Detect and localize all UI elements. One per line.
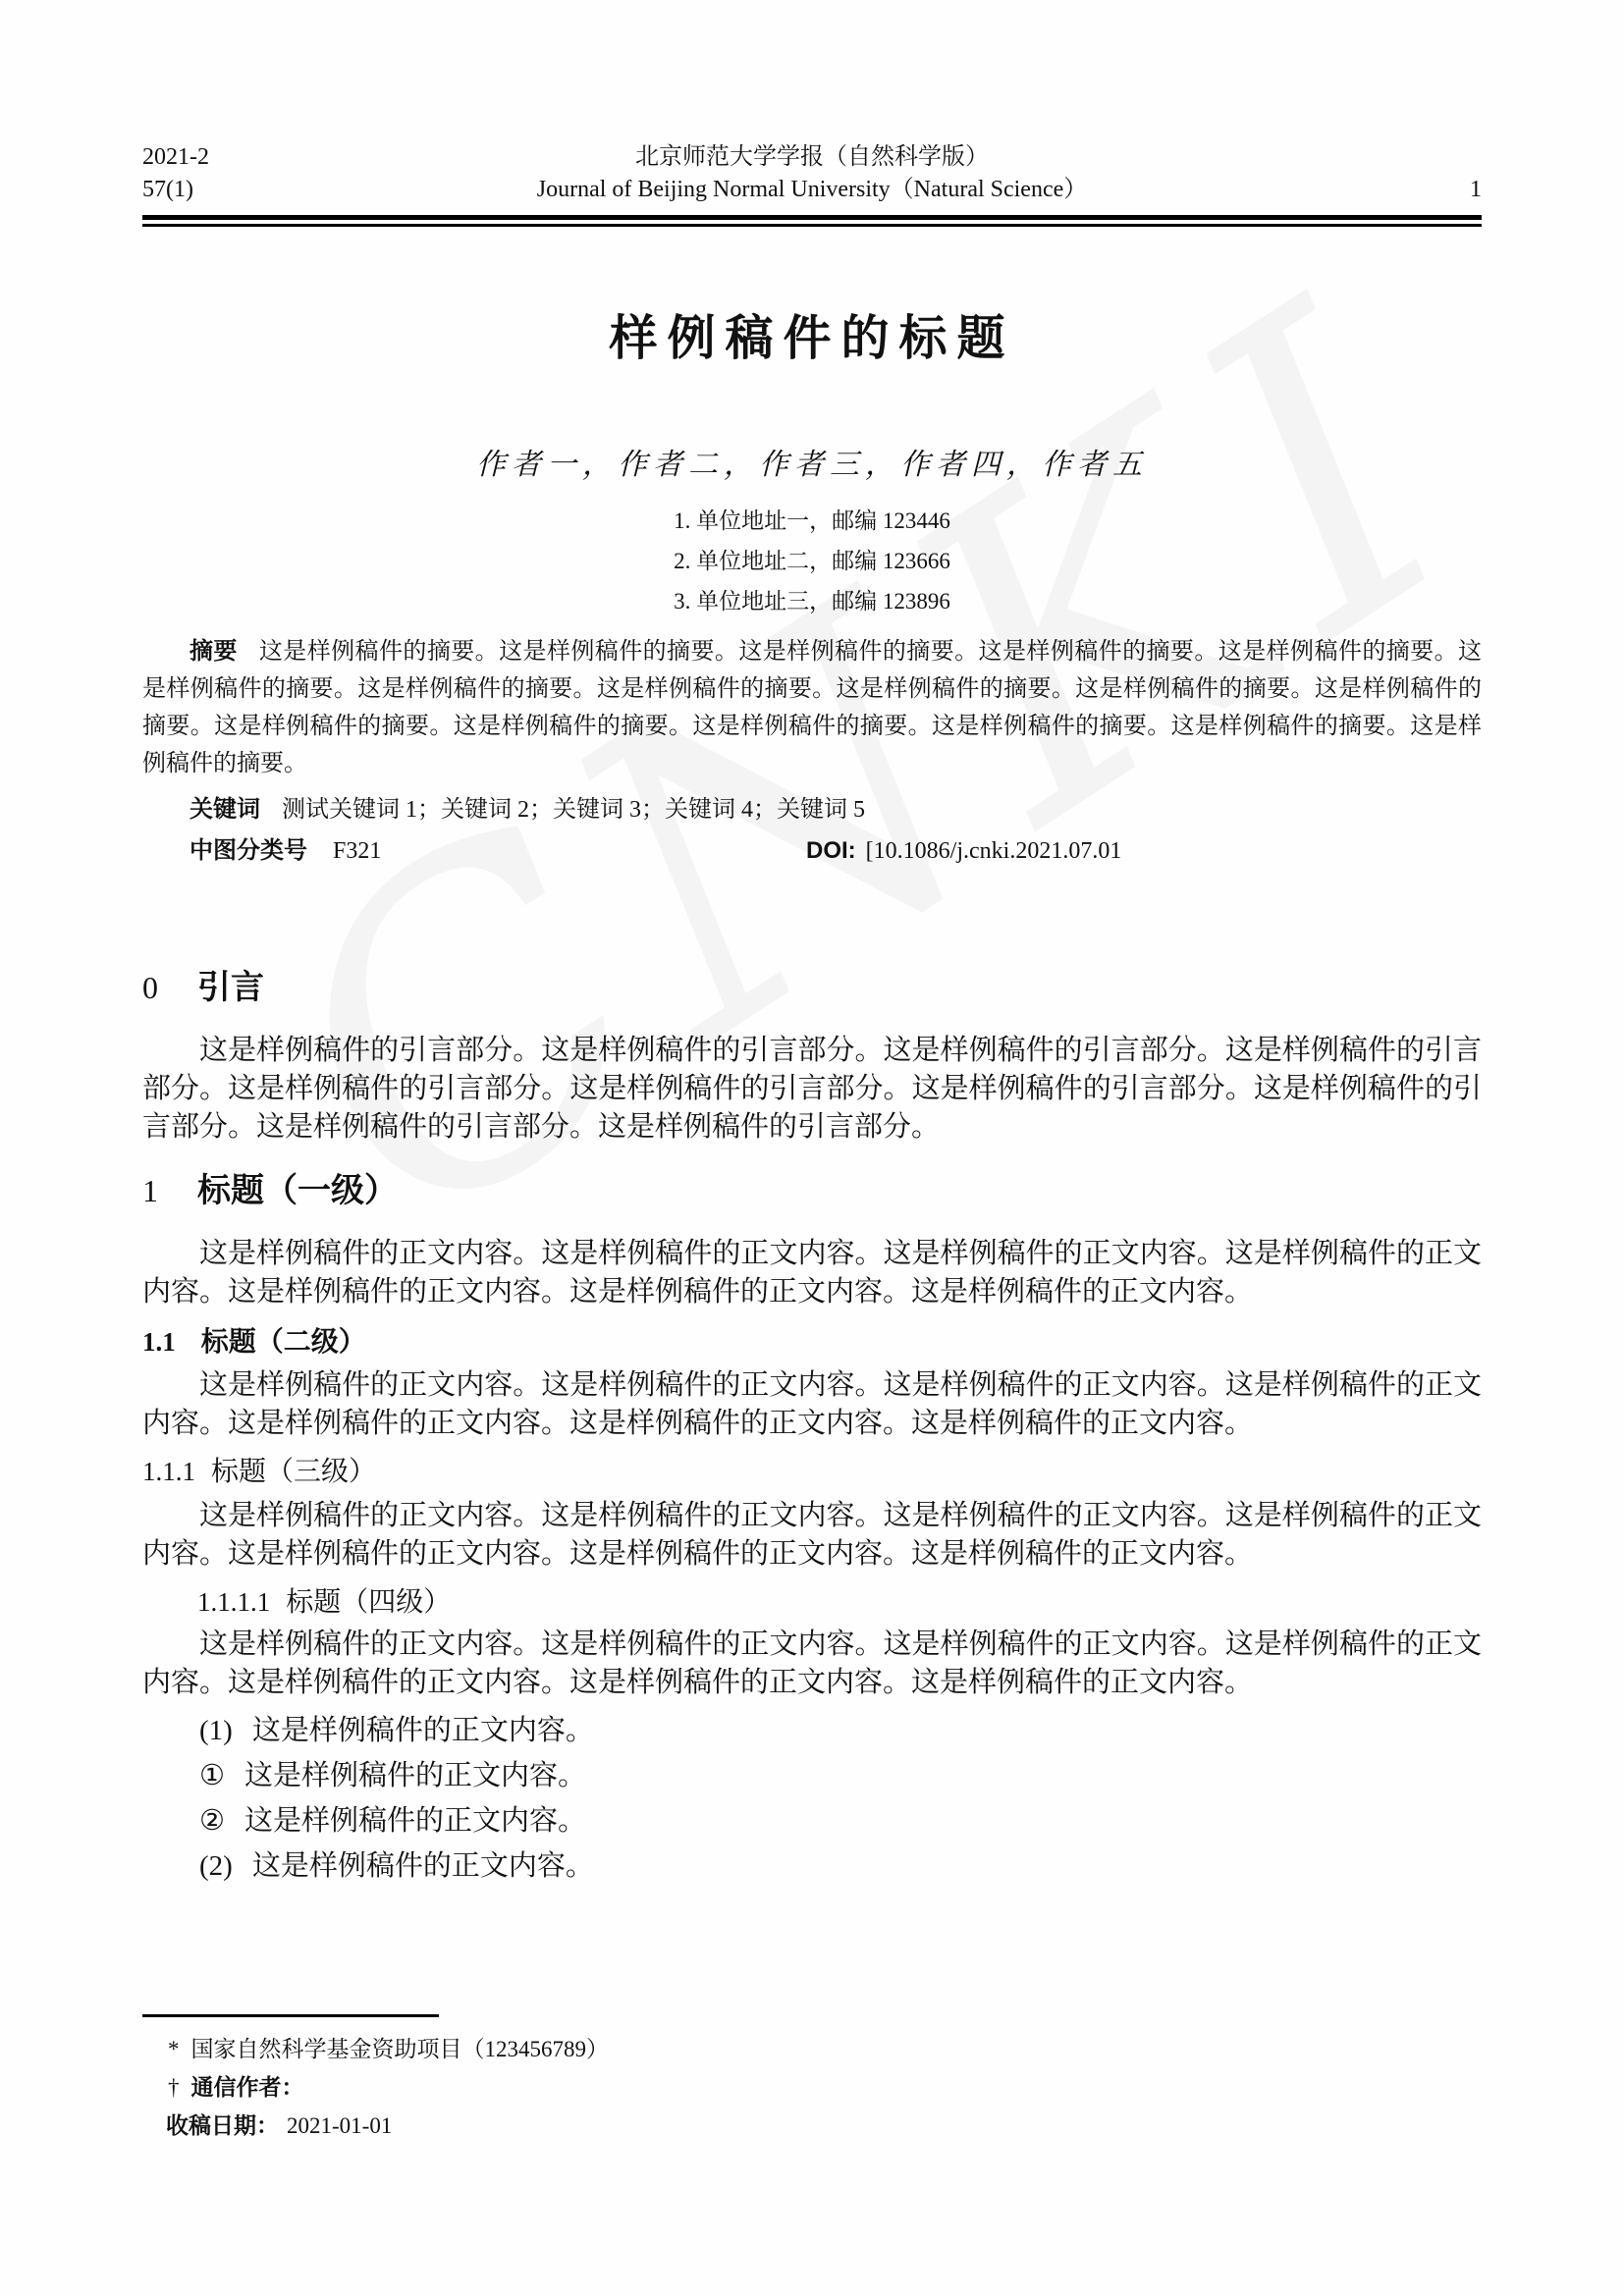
doi-entry: DOI:[10.1086/j.cnki.2021.07.01: [806, 836, 1121, 866]
section-number: 1: [142, 1173, 158, 1208]
section-heading-1-1-1-1: 1.1.1.1标题（四级）: [142, 1585, 1482, 1620]
journal-page: CNKI 2021-2 北京师范大学学报（自然科学版） 57(1) Journa…: [0, 0, 1624, 2296]
volume-issue: 57(1): [142, 174, 299, 206]
affiliations-block: 1. 单位地址一，邮编 123446 2. 单位地址二，邮编 123666 3.…: [142, 501, 1482, 621]
running-head-row-1: 2021-2 北京师范大学学报（自然科学版）: [142, 141, 1482, 174]
page-number: 1: [1325, 174, 1482, 206]
affiliation-2: 2. 单位地址二，邮编 123666: [142, 541, 1482, 581]
affiliation-3: 3. 单位地址三，邮编 123896: [142, 581, 1482, 621]
keywords-label: 关键词: [189, 796, 260, 823]
running-head-row-2: 57(1) Journal of Beijing Normal Universi…: [142, 174, 1482, 206]
section-paragraph: 这是样例稿件的引言部分。这是样例稿件的引言部分。这是样例稿件的引言部分。这是样例…: [142, 1032, 1482, 1147]
header-double-rule: [142, 215, 1482, 227]
section-number: 1.1.1: [142, 1457, 195, 1486]
list-item-1: (1)这是样例稿件的正文内容。: [142, 1708, 1482, 1753]
section-title: 标题（三级）: [211, 1457, 376, 1487]
section-number: 0: [142, 970, 158, 1005]
clc-label: 中图分类号: [189, 837, 307, 864]
classification-doi-row: 中图分类号F321 DOI:[10.1086/j.cnki.2021.07.01: [142, 836, 1482, 868]
keywords-line: 关键词测试关键词 1；关键词 2；关键词 3；关键词 4；关键词 5: [142, 795, 1482, 825]
section-paragraph: 这是样例稿件的正文内容。这是样例稿件的正文内容。这是样例稿件的正文内容。这是样例…: [142, 1235, 1482, 1311]
issue-year: 2021-2: [142, 141, 299, 174]
fund-text: 国家自然科学基金资助项目（123456789）: [191, 2037, 610, 2061]
section-title: 标题（一级）: [197, 1172, 398, 1209]
abstract-paragraph: 摘要这是样例稿件的摘要。这是样例稿件的摘要。这是样例稿件的摘要。这是样例稿件的摘…: [142, 633, 1482, 782]
footnote-fund: *国家自然科学基金资助项目（123456789）: [142, 2031, 1482, 2068]
list-marker: (1): [199, 1715, 233, 1746]
list-marker: ①: [199, 1760, 225, 1791]
list-text: 这是样例稿件的正文内容。: [244, 1760, 586, 1791]
list-text: 这是样例稿件的正文内容。: [252, 1715, 594, 1746]
abstract-block: 摘要这是样例稿件的摘要。这是样例稿件的摘要。这是样例稿件的摘要。这是样例稿件的摘…: [142, 633, 1482, 868]
article-body: 0引言 这是样例稿件的引言部分。这是样例稿件的引言部分。这是样例稿件的引言部分。…: [142, 967, 1482, 1889]
list-item-3: ②这是样例稿件的正文内容。: [142, 1798, 1482, 1843]
section-title: 标题（四级）: [286, 1587, 451, 1618]
footnote-rule: [142, 2014, 439, 2017]
title-block: 样例稿件的标题: [142, 300, 1482, 369]
section-title: 引言: [197, 969, 264, 1006]
footnote-block: *国家自然科学基金资助项目（123456789） †通信作者： 收稿日期：202…: [142, 2014, 1482, 2145]
section-heading-1-1: 1.1标题（二级）: [142, 1325, 1482, 1359]
list-marker: (2): [199, 1850, 233, 1882]
doi-value: [10.1086/j.cnki.2021.07.01: [866, 838, 1122, 864]
received-date-label: 收稿日期：: [166, 2112, 279, 2138]
section-paragraph: 这是样例稿件的正文内容。这是样例稿件的正文内容。这是样例稿件的正文内容。这是样例…: [142, 1497, 1482, 1574]
abstract-label: 摘要: [189, 638, 238, 665]
list-text: 这是样例稿件的正文内容。: [252, 1850, 594, 1882]
section-title: 标题（二级）: [201, 1326, 366, 1357]
author-list: 作者一，作者二，作者三，作者四，作者五: [476, 449, 1148, 481]
section-number: 1.1: [142, 1327, 176, 1357]
clc-value: F321: [333, 838, 381, 864]
list-text: 这是样例稿件的正文内容。: [244, 1805, 586, 1837]
journal-title-en: Journal of Beijing Normal University（Nat…: [299, 174, 1325, 206]
authors-block: 作者一，作者二，作者三，作者四，作者五: [142, 440, 1482, 483]
affiliation-1: 1. 单位地址一，邮编 123446: [142, 501, 1482, 541]
section-paragraph: 这是样例稿件的正文内容。这是样例稿件的正文内容。这是样例稿件的正文内容。这是样例…: [142, 1366, 1482, 1443]
list-item-2: ①这是样例稿件的正文内容。: [142, 1753, 1482, 1798]
numbered-list: (1)这是样例稿件的正文内容。 ①这是样例稿件的正文内容。 ②这是样例稿件的正文…: [142, 1708, 1482, 1889]
section-number: 1.1.1.1: [197, 1587, 270, 1617]
section-paragraph: 这是样例稿件的正文内容。这是样例稿件的正文内容。这是样例稿件的正文内容。这是样例…: [142, 1626, 1482, 1702]
section-heading-0: 0引言: [142, 967, 1482, 1008]
section-heading-1-1-1: 1.1.1标题（三级）: [142, 1455, 1482, 1489]
footnote-corresponding: †通信作者：: [142, 2068, 1482, 2107]
abstract-text: 这是样例稿件的摘要。这是样例稿件的摘要。这是样例稿件的摘要。这是样例稿件的摘要。…: [142, 639, 1482, 776]
doi-label: DOI:: [806, 837, 856, 864]
keywords-text: 测试关键词 1；关键词 2；关键词 3；关键词 4；关键词 5: [282, 797, 865, 823]
received-date-value: 2021-01-01: [287, 2113, 392, 2138]
dagger-marker: †: [168, 2075, 180, 2100]
section-heading-1: 1标题（一级）: [142, 1170, 1482, 1211]
list-item-4: (2)这是样例稿件的正文内容。: [142, 1843, 1482, 1889]
corresponding-author-label: 通信作者：: [191, 2074, 304, 2100]
article-title: 样例稿件的标题: [142, 300, 1482, 369]
journal-title-cn: 北京师范大学学报（自然科学版）: [299, 141, 1325, 174]
asterisk-marker: *: [168, 2037, 180, 2061]
running-head: 2021-2 北京师范大学学报（自然科学版） 57(1) Journal of …: [142, 141, 1482, 227]
list-marker: ②: [199, 1805, 225, 1837]
footnote-received: 收稿日期：2021-01-01: [142, 2107, 1482, 2145]
